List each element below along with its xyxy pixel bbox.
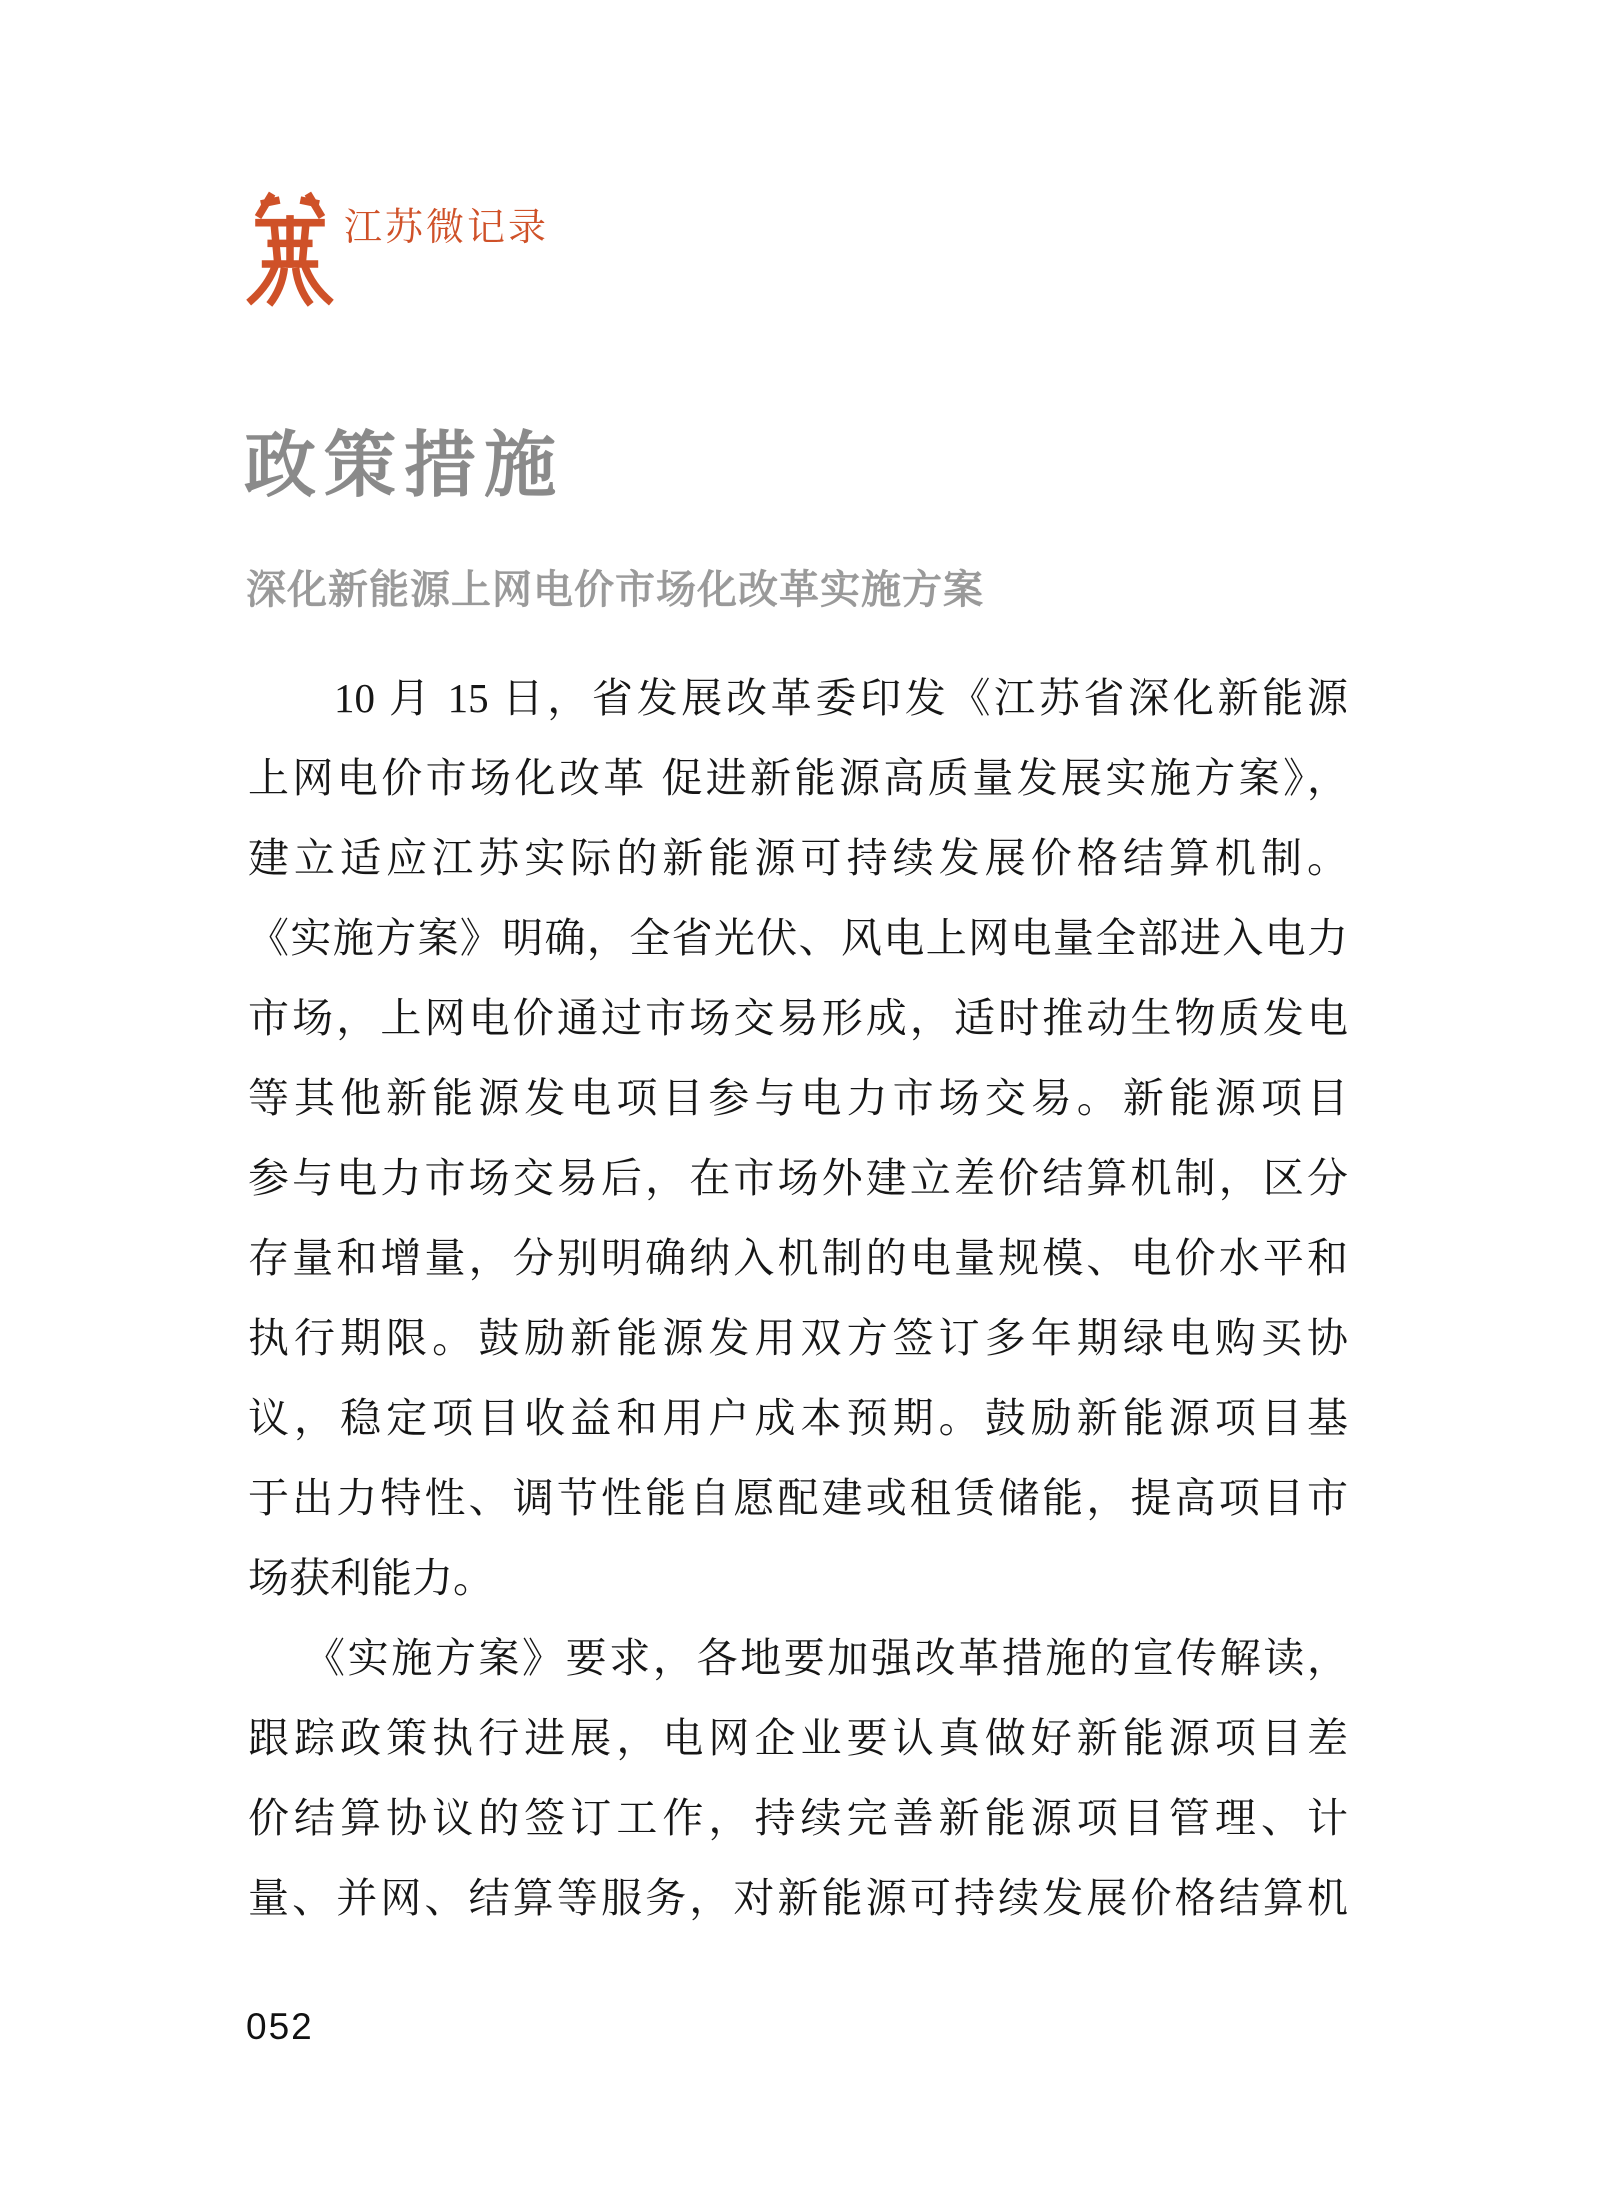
- body-line: 建立适应江苏实际的新能源可持续发展价格结算机制。: [248, 818, 1348, 898]
- book-page: 江苏微记录 政策措施 深化新能源上网电价市场化改革实施方案 10 月 15 日，…: [0, 0, 1599, 2205]
- page-number: 052: [246, 2006, 314, 2048]
- body-line: 上网电价市场化改革 促进新能源高质量发展实施方案》，: [248, 738, 1348, 818]
- article-body: 10 月 15 日，省发展改革委印发《江苏省深化新能源 上网电价市场化改革 促进…: [248, 658, 1348, 1938]
- jiangsu-seal-logo-icon: [243, 190, 337, 308]
- article-title: 深化新能源上网电价市场化改革实施方案: [246, 566, 984, 614]
- section-title: 政策措施: [244, 426, 564, 505]
- body-line: 于出力特性、调节性能自愿配建或租赁储能，提高项目市: [248, 1458, 1348, 1538]
- body-line: 执行期限。鼓励新能源发用双方签订多年期绿电购买协: [248, 1298, 1348, 1378]
- body-line: 市场，上网电价通过市场交易形成，适时推动生物质发电: [248, 978, 1348, 1058]
- body-line: 存量和增量，分别明确纳入机制的电量规模、电价水平和: [248, 1218, 1348, 1298]
- body-line: 《实施方案》要求，各地要加强改革措施的宣传解读，: [248, 1618, 1348, 1698]
- body-line: 《实施方案》明确，全省光伏、风电上网电量全部进入电力: [248, 898, 1348, 978]
- brand-name: 江苏微记录: [344, 206, 549, 252]
- body-line: 价结算协议的签订工作，持续完善新能源项目管理、计: [248, 1778, 1348, 1858]
- body-line: 等其他新能源发电项目参与电力市场交易。新能源项目: [248, 1058, 1348, 1138]
- body-line: 参与电力市场交易后，在市场外建立差价结算机制，区分: [248, 1138, 1348, 1218]
- body-line: 议，稳定项目收益和用户成本预期。鼓励新能源项目基: [248, 1378, 1348, 1458]
- body-line: 跟踪政策执行进展，电网企业要认真做好新能源项目差: [248, 1698, 1348, 1778]
- body-line: 量、并网、结算等服务，对新能源可持续发展价格结算机: [248, 1858, 1348, 1938]
- body-line: 10 月 15 日，省发展改革委印发《江苏省深化新能源: [248, 658, 1348, 738]
- body-line: 场获利能力。: [248, 1538, 1348, 1618]
